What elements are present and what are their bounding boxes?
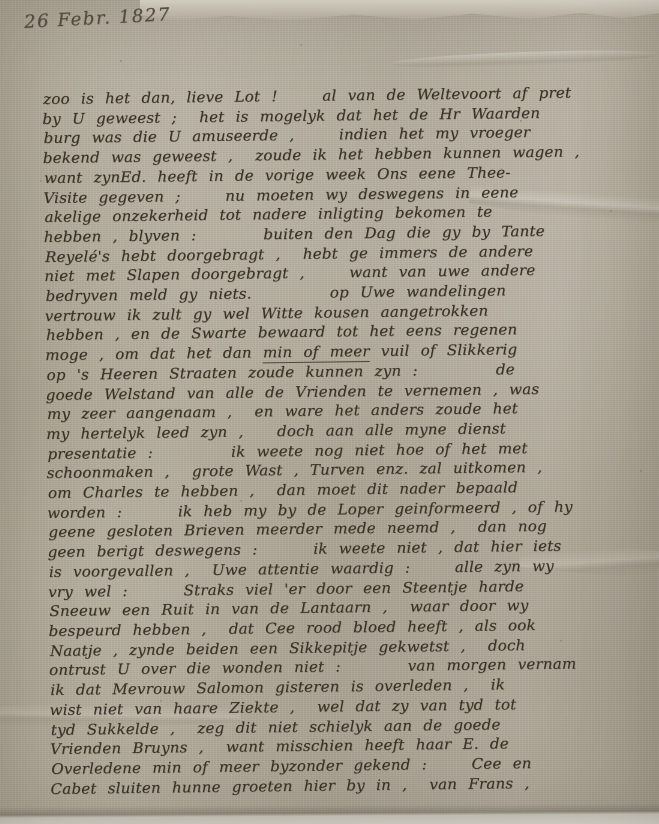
line-text: moge , om dat het dan [45, 344, 263, 364]
line-text: vuil of Slikkerig [370, 341, 518, 360]
letter-photo: 26 Febr. 1827 zoo is het dan, lieve Lot … [0, 0, 659, 824]
paper-speckles [0, 0, 2, 2]
letter-body: zoo is het dan, lieve Lot ! al van de We… [42, 82, 659, 799]
underlined-phrase: min of meer [263, 343, 370, 363]
